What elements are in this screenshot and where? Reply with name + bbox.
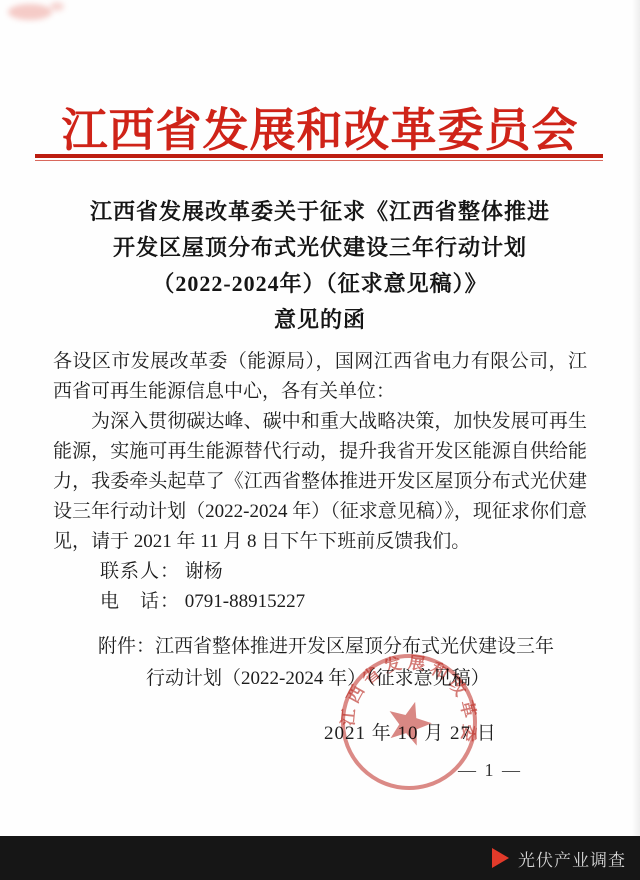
contact-label: 联系人：: [100, 561, 180, 582]
footer-bar: 光伏产业调查: [0, 836, 640, 880]
phone-label: 电 话：: [100, 591, 180, 612]
brand-name: 光伏产业调查: [518, 846, 626, 871]
attachment-row-1: 附件：江西省整体推进开发区屋顶分布式光伏建设三年: [98, 631, 568, 663]
letterhead-title: 江西省发展和改革委员会: [0, 94, 640, 160]
attachment-line-1: 江西省整体推进开发区屋顶分布式光伏建设三年: [155, 636, 554, 657]
letter-body: 各设区市发展改革委（能源局），国网江西省电力有限公司，江西省可再生能源信息中心，…: [53, 347, 587, 617]
brand-triangle-icon: [492, 848, 509, 868]
issue-date: 2021 年 10 月 27 日: [324, 718, 497, 745]
title-line-2: 开发区屋顶分布式光伏建设三年行动计划: [40, 230, 600, 266]
attachment-line-2: 行动计划（2022-2024 年）（征求意见稿）: [146, 663, 568, 695]
document-title: 江西省发展改革委关于征求《江西省整体推进 开发区屋顶分布式光伏建设三年行动计划 …: [40, 194, 600, 338]
title-line-3: （2022-2024年）（征求意见稿）》: [40, 266, 600, 302]
attachment-section: 附件：江西省整体推进开发区屋顶分布式光伏建设三年 行动计划（2022-2024 …: [98, 631, 568, 695]
contact-line: 联系人： 谢杨: [53, 557, 587, 587]
attachment-label: 附件：: [98, 636, 155, 657]
body-paragraph: 为深入贯彻碳达峰、碳中和重大战略决策，加快发展可再生能源，实施可再生能源替代行动…: [53, 407, 587, 557]
salutation: 各设区市发展改革委（能源局），国网江西省电力有限公司，江西省可再生能源信息中心，…: [53, 347, 587, 407]
brand-block: 光伏产业调查: [492, 836, 626, 880]
rule-thick-line: [35, 154, 603, 158]
rule-thin-line: [35, 160, 603, 161]
title-line-4: 意见的函: [40, 302, 600, 338]
page-number: — 1 —: [458, 760, 522, 781]
scan-artifact: [8, 4, 52, 20]
phone-number: 0791-88915227: [185, 591, 305, 612]
contact-name: 谢杨: [185, 561, 223, 582]
letterhead-rule: [35, 154, 603, 161]
document-page: 江西省发展和改革委员会 江西省发展改革委关于征求《江西省整体推进 开发区屋顶分布…: [0, 0, 640, 880]
title-line-1: 江西省发展改革委关于征求《江西省整体推进: [40, 194, 600, 230]
scan-artifact: [50, 2, 64, 11]
phone-line: 电 话： 0791-88915227: [53, 587, 587, 617]
